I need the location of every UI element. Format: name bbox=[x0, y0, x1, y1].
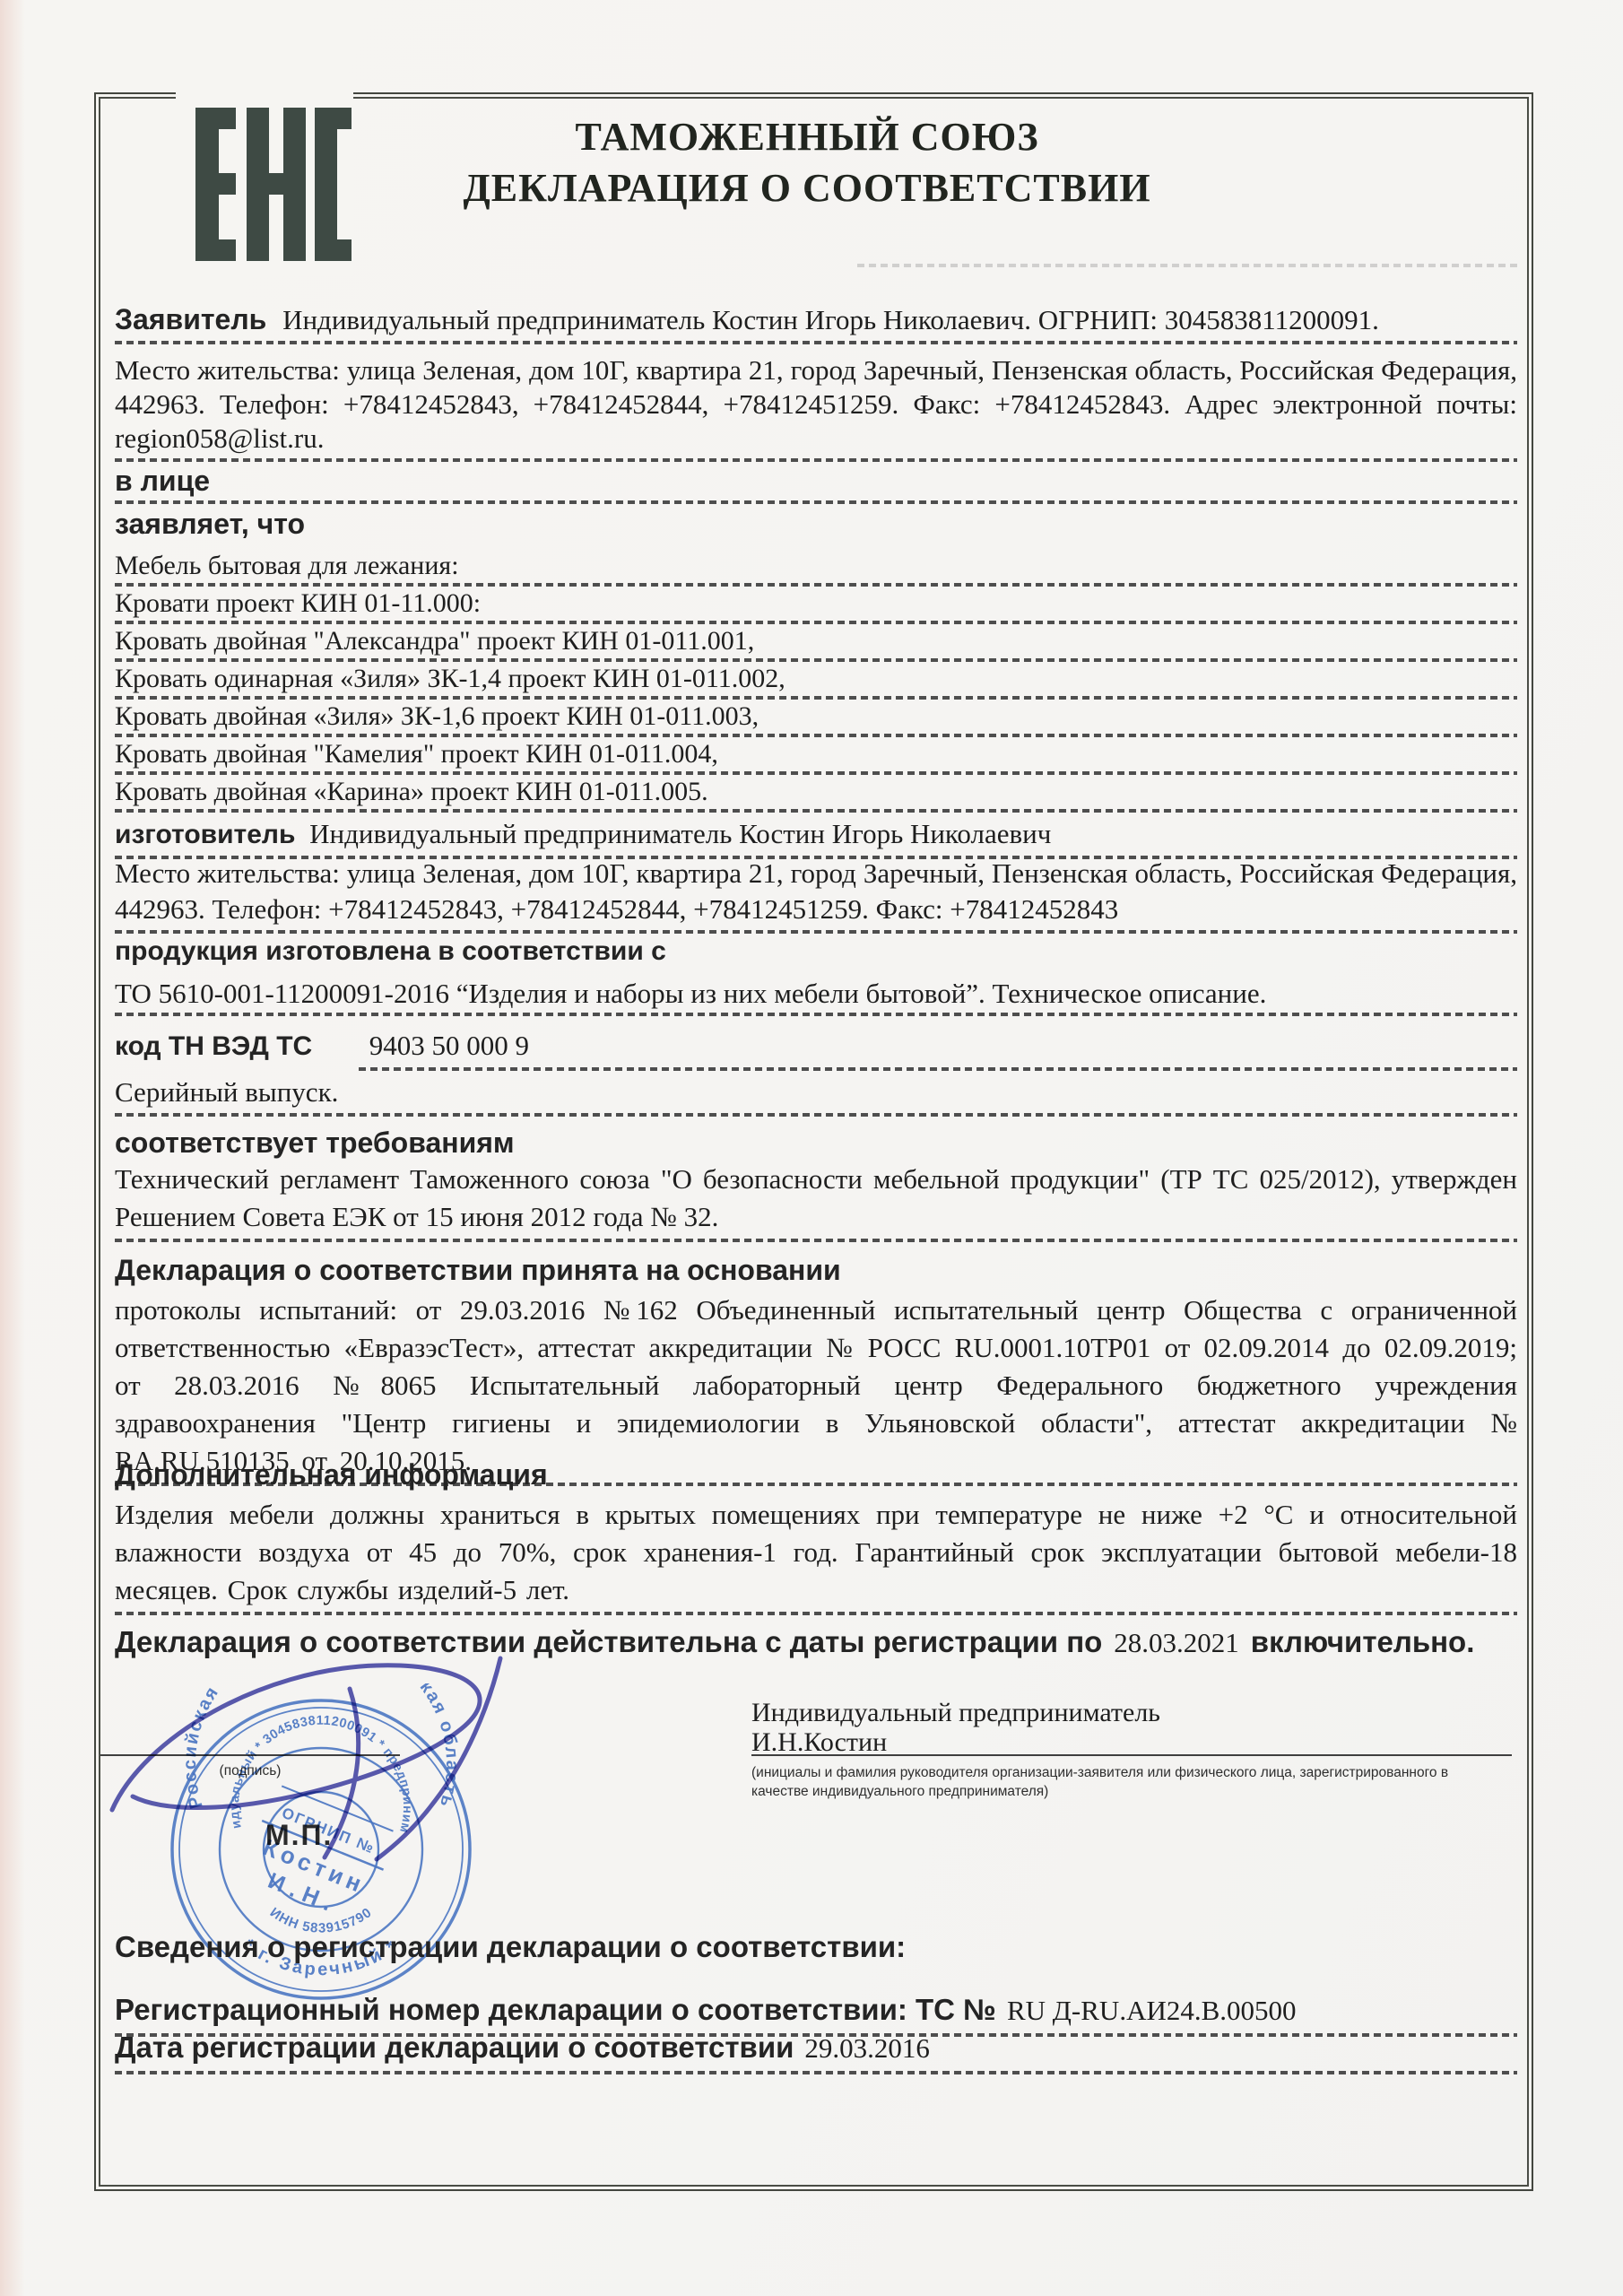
basis-text-block: протоколы испытаний: от 29.03.2016 №162 … bbox=[115, 1291, 1517, 1486]
signer-title: Индивидуальный предприниматель bbox=[751, 1697, 1160, 1729]
compliance-text-block: Технический регламент Таможенного союза … bbox=[115, 1161, 1517, 1242]
manufacturer-value: Индивидуальный предприниматель Костин Иг… bbox=[309, 818, 1051, 849]
manufacturer-address-block: Место жительства: улица Зеленая, дом 10Г… bbox=[115, 856, 1517, 934]
registration-section-row: Сведения о регистрации декларации о соот… bbox=[115, 1930, 1517, 1964]
dashed-separator bbox=[115, 2071, 1517, 2074]
product-list: Мебель бытовая для лежания: Кровати прое… bbox=[115, 551, 1517, 814]
document-title: ТАМОЖЕННЫЙ СОЮЗ ДЕКЛАРАЦИЯ О СООТВЕТСТВИ… bbox=[386, 111, 1228, 213]
tn-ved-value: 9403 50 000 9 bbox=[369, 1030, 529, 1061]
tn-ved-label: код ТН ВЭД ТС bbox=[115, 1029, 362, 1065]
in-person-row: в лице bbox=[115, 465, 1517, 504]
validity-date: 28.03.2021 bbox=[1114, 1627, 1239, 1658]
serial-row: Серийный выпуск. bbox=[115, 1074, 1517, 1117]
basis-label-row: Декларация о соответствии принята на осн… bbox=[115, 1254, 1517, 1287]
manufacturer-row: изготовитель Индивидуальный предпринимат… bbox=[115, 816, 1517, 859]
applicant-address: Место жительства: улица Зеленая, дом 10Г… bbox=[115, 353, 1517, 456]
product-item: Кровать двойная «Зиля» ЗК-1,6 проект КИН… bbox=[115, 701, 1517, 737]
title-line-1: ТАМОЖЕННЫЙ СОЮЗ bbox=[386, 111, 1228, 162]
applicant-label: Заявитель bbox=[115, 303, 266, 335]
title-line-2: ДЕКЛАРАЦИЯ О СООТВЕТСТВИИ bbox=[386, 162, 1228, 213]
signer-name-line bbox=[751, 1754, 1512, 1756]
compliance-label: соответствует требованиям bbox=[115, 1126, 1517, 1160]
additional-info-label: Дополнительная информация bbox=[115, 1458, 1517, 1492]
dashed-separator bbox=[115, 500, 1517, 504]
validity-label-after: включительно. bbox=[1251, 1625, 1475, 1658]
applicant-row: Заявитель Индивидуальный предприниматель… bbox=[115, 301, 1517, 344]
document-page: ТАМОЖЕННЫЙ СОЮЗ ДЕКЛАРАЦИЯ О СООТВЕТСТВИ… bbox=[0, 0, 1623, 2296]
manufacturer-address: Место жительства: улица Зеленая, дом 10Г… bbox=[115, 856, 1517, 927]
manufacturer-label: изготовитель bbox=[115, 820, 295, 849]
registration-date-value: 29.03.2016 bbox=[804, 2032, 930, 2064]
compliance-text: Технический регламент Таможенного союза … bbox=[115, 1161, 1517, 1236]
faint-dotted-line bbox=[857, 264, 1517, 267]
registration-date-row: Дата регистрации декларации о соответств… bbox=[115, 2031, 1517, 2074]
applicant-value: Индивидуальный предприниматель Костин Иг… bbox=[282, 304, 1379, 335]
dashed-separator bbox=[115, 583, 1517, 587]
dashed-separator bbox=[115, 658, 1517, 662]
dashed-separator bbox=[115, 734, 1517, 737]
eac-mark-logo bbox=[195, 108, 352, 262]
declares-label: заявляет, что bbox=[115, 508, 1517, 541]
dashed-separator bbox=[115, 621, 1517, 624]
scan-edge-strip bbox=[0, 0, 25, 2296]
signature-scribble bbox=[81, 1653, 583, 1877]
additional-info-text: Изделия мебели должны храниться в крытых… bbox=[115, 1496, 1517, 1609]
dashed-separator bbox=[359, 1067, 1517, 1071]
registration-section-label: Сведения о регистрации декларации о соот… bbox=[115, 1930, 1517, 1964]
compliance-label-row: соответствует требованиям bbox=[115, 1126, 1517, 1160]
dashed-separator bbox=[115, 930, 1517, 934]
dashed-separator bbox=[115, 1113, 1517, 1117]
dashed-separator bbox=[115, 458, 1517, 462]
signer-name: И.Н.Костин bbox=[751, 1727, 887, 1758]
registration-number-value: RU Д-RU.АИ24.В.00500 bbox=[1007, 1995, 1297, 2026]
product-item: Кровать двойная «Карина» проект КИН 01-0… bbox=[115, 777, 1517, 813]
basis-label: Декларация о соответствии принята на осн… bbox=[115, 1254, 1517, 1287]
in-person-label: в лице bbox=[115, 465, 1517, 498]
name-caption: (инициалы и фамилия руководителя организ… bbox=[751, 1763, 1487, 1801]
product-item: Кровать двойная "Камелия" проект КИН 01-… bbox=[115, 739, 1517, 775]
registration-date-label: Дата регистрации декларации о соответств… bbox=[115, 2031, 794, 2064]
product-item: Кровати проект КИН 01-11.000: bbox=[115, 588, 1517, 624]
dashed-separator bbox=[115, 1612, 1517, 1615]
product-item: Кровать двойная "Александра" проект КИН … bbox=[115, 626, 1517, 662]
serial-text: Серийный выпуск. bbox=[115, 1076, 338, 1108]
production-standard-value: ТО 5610-001-11200091-2016 “Изделия и наб… bbox=[115, 978, 1517, 1010]
tn-ved-row: код ТН ВЭД ТС 9403 50 000 9 bbox=[115, 1028, 1517, 1071]
declares-row: заявляет, что bbox=[115, 508, 1517, 541]
additional-info-block: Изделия мебели должны храниться в крытых… bbox=[115, 1496, 1517, 1615]
product-item: Кровать одинарная «Зиля» ЗК-1,4 проект К… bbox=[115, 664, 1517, 700]
product-item: Мебель бытовая для лежания: bbox=[115, 551, 1517, 587]
eac-logo-box bbox=[176, 75, 353, 276]
dashed-separator bbox=[115, 1239, 1517, 1242]
registration-number-label: Регистрационный номер декларации о соотв… bbox=[115, 1993, 996, 2026]
dashed-separator bbox=[115, 341, 1517, 344]
production-standard-label: продукция изготовлена в соответствии с bbox=[115, 936, 1517, 967]
additional-info-label-row: Дополнительная информация bbox=[115, 1458, 1517, 1492]
dashed-separator bbox=[115, 771, 1517, 775]
basis-text: протоколы испытаний: от 29.03.2016 №162 … bbox=[115, 1291, 1517, 1480]
dashed-separator bbox=[115, 696, 1517, 700]
dashed-separator bbox=[115, 809, 1517, 813]
dashed-separator bbox=[115, 1013, 1517, 1016]
production-standard-row: продукция изготовлена в соответствии с bbox=[115, 936, 1517, 967]
production-standard-value-row: ТО 5610-001-11200091-2016 “Изделия и наб… bbox=[115, 978, 1517, 1016]
applicant-address-block: Место жительства: улица Зеленая, дом 10Г… bbox=[115, 353, 1517, 462]
